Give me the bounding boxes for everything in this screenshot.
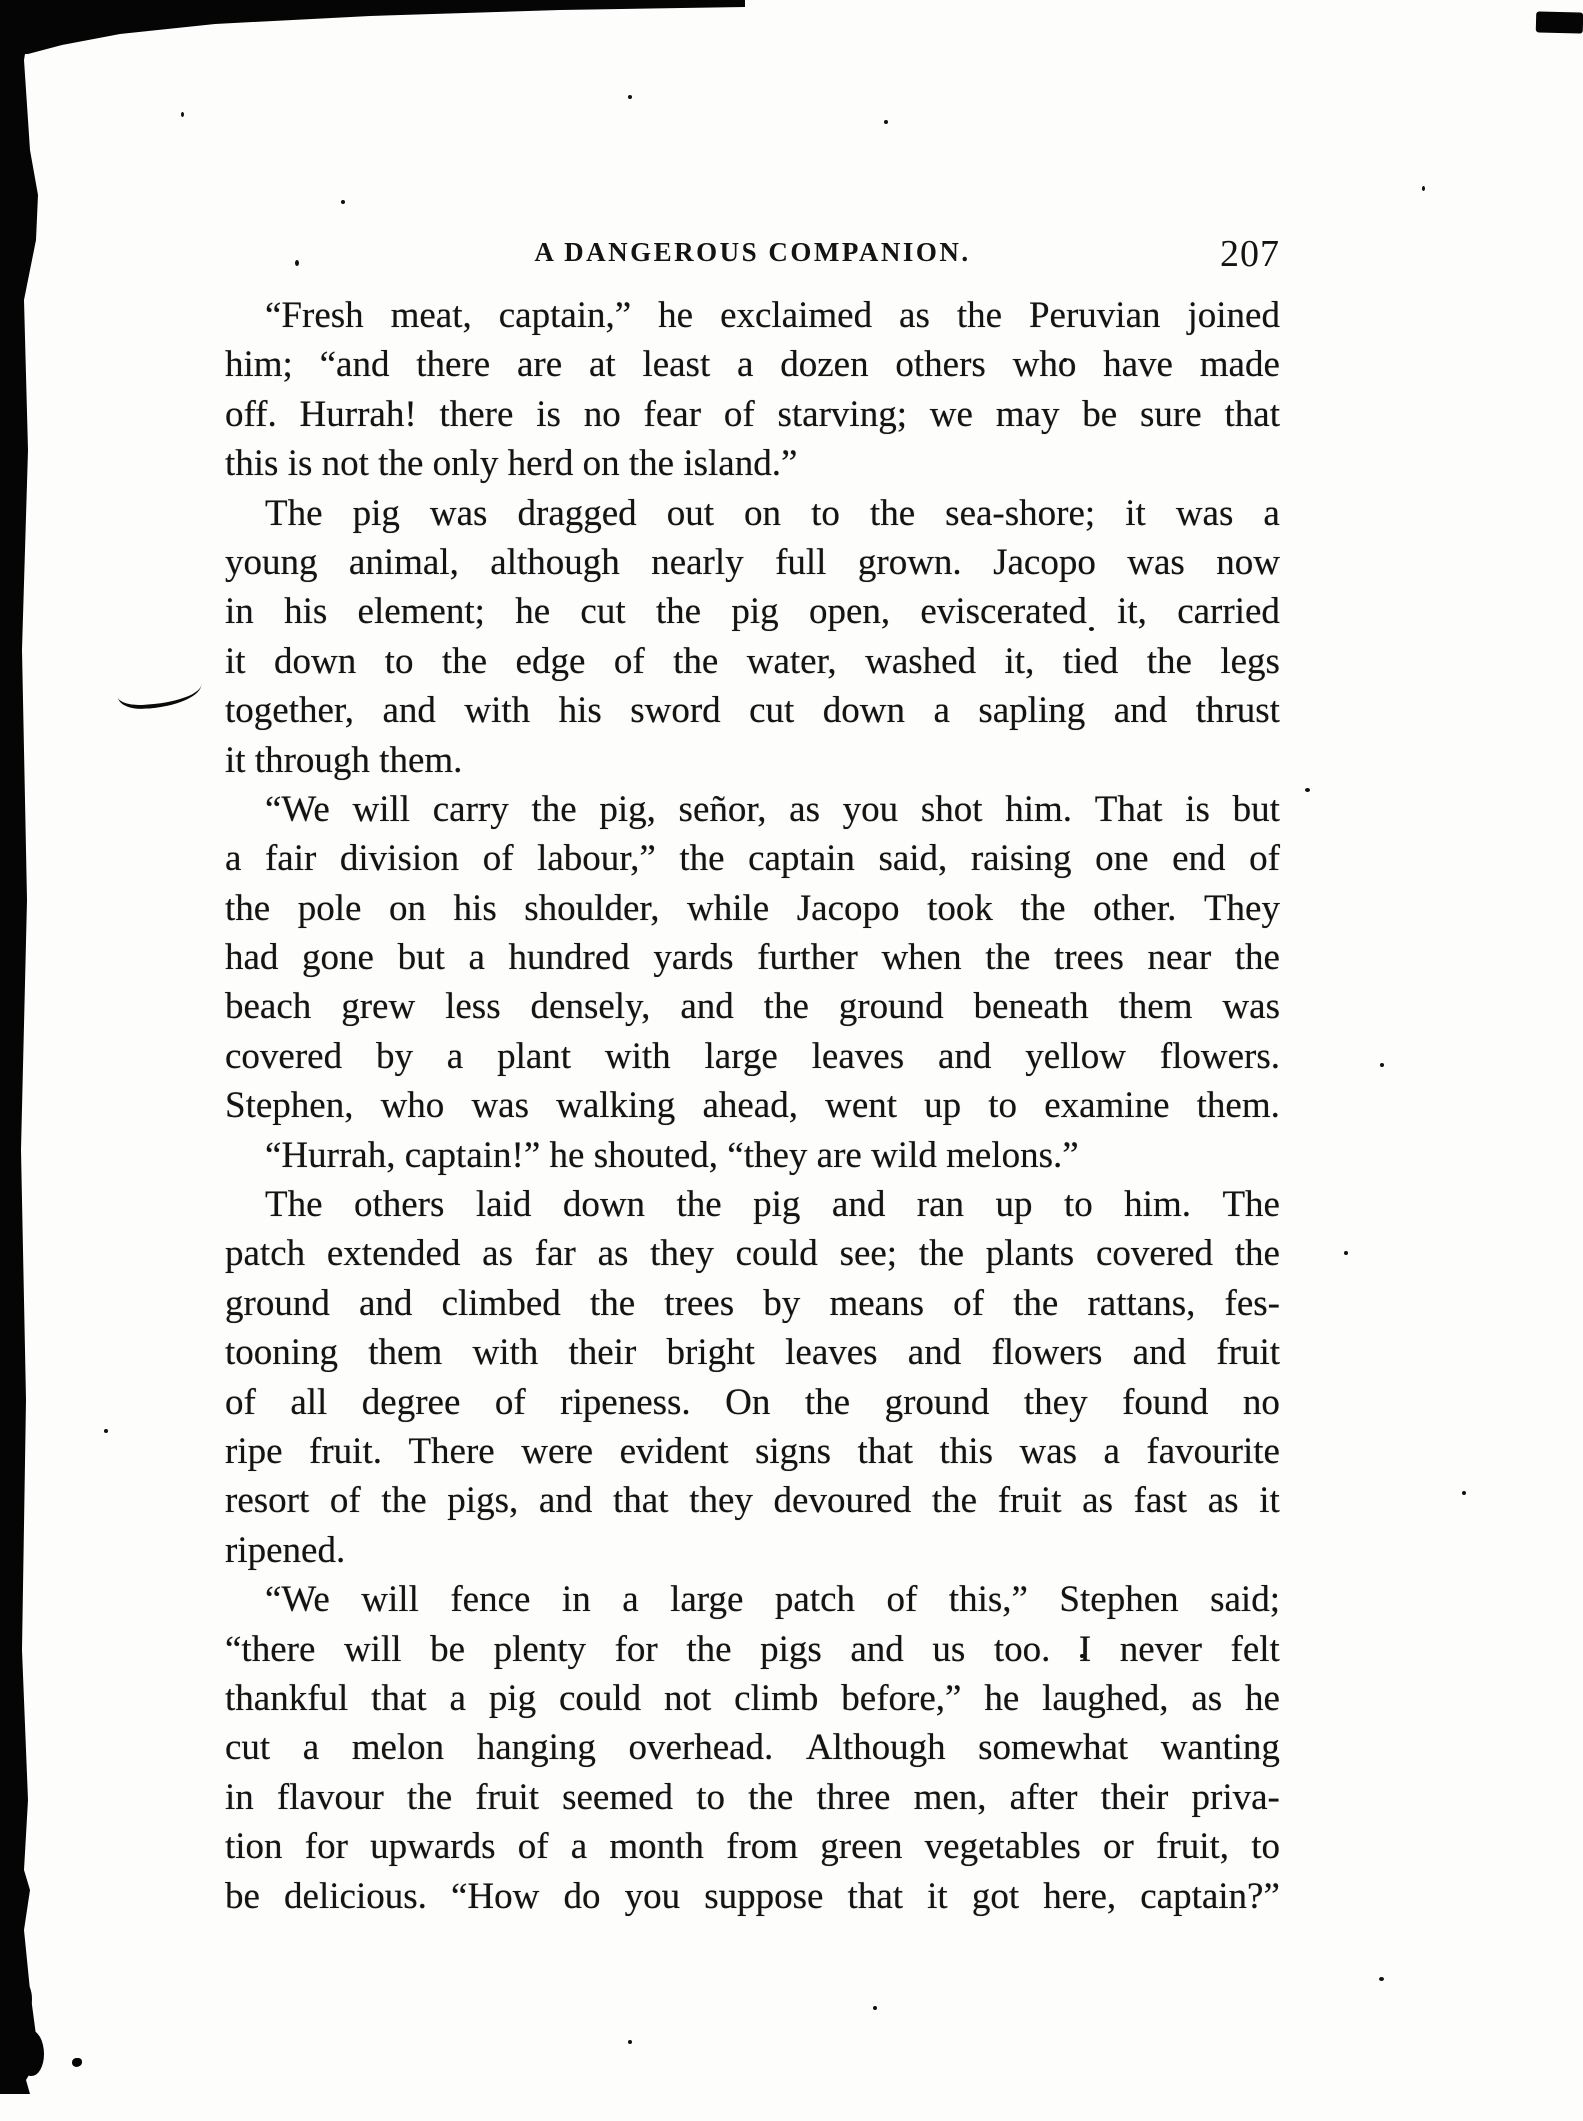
text-line: “Wewillcarrythepig,señor,asyoushothim.Th… [225, 785, 1280, 834]
body-text: “Freshmeat,captain,”heexclaimedasthePeru… [225, 291, 1280, 1921]
text-line: younganimal,althoughnearlyfullgrown.Jaco… [225, 538, 1280, 587]
text-line: “therewillbeplentyforthepigsandustoo.Ine… [225, 1625, 1280, 1674]
text-line: this is not the only herd on the island.… [225, 439, 1280, 488]
text-line: ofalldegreeofripeness.Onthegroundtheyfou… [225, 1378, 1280, 1427]
page-number: 207 [1220, 232, 1280, 276]
scan-stray-stroke [117, 684, 202, 710]
scan-speck [873, 2006, 877, 2010]
running-header: A DANGEROUS COMPANION. 207 [225, 232, 1280, 272]
text-line: groundandclimbedthetreesbymeansoftheratt… [225, 1279, 1280, 1328]
text-line: thepoleonhisshoulder,whileJacopotooktheo… [225, 884, 1280, 933]
scan-blotch [14, 1872, 26, 1894]
text-line: “Wewillfenceinalargepatchofthis,”Stephen… [225, 1575, 1280, 1624]
scan-speck [341, 200, 345, 204]
scan-speck [104, 1429, 108, 1433]
text-line: resortofthepigs,andthattheydevouredthefr… [225, 1476, 1280, 1525]
text-line: him;“andthereareatleastadozenotherswhoha… [225, 340, 1280, 389]
scan-speck [1380, 1063, 1384, 1067]
text-line: cutamelonhangingoverhead.Althoughsomewha… [225, 1723, 1280, 1772]
text-line: ripefruit.Therewereevidentsignsthatthisw… [225, 1427, 1280, 1476]
text-line: itdowntotheedgeofthewater,washedit,tiedt… [225, 637, 1280, 686]
text-line: it through them. [225, 736, 1280, 785]
text-line: Thepigwasdraggedoutontothesea-shore;itwa… [225, 489, 1280, 538]
text-line: tionforupwardsofamonthfromgreenvegetable… [225, 1822, 1280, 1871]
scan-speck [628, 95, 632, 99]
text-line: Stephen,whowaswalkingahead,wentuptoexami… [225, 1081, 1280, 1130]
book-page: A DANGEROUS COMPANION. 207 “Freshmeat,ca… [0, 0, 1583, 2121]
scan-mark-top-right [1536, 11, 1583, 33]
scan-edge-left [0, 0, 40, 2094]
text-line: inhiselement;hecutthepigopen,eviscerated… [225, 587, 1280, 636]
text-line: together,andwithhisswordcutdownasaplinga… [225, 686, 1280, 735]
scan-speck [1305, 788, 1310, 792]
text-line: patchextendedasfarastheycouldsee;theplan… [225, 1229, 1280, 1278]
text-line: “Freshmeat,captain,”heexclaimedasthePeru… [225, 291, 1280, 340]
scan-speck [1344, 1251, 1348, 1255]
scan-speck [884, 120, 888, 124]
scan-blotch [72, 2058, 82, 2067]
text-line: ripened. [225, 1526, 1280, 1575]
scan-speck [181, 112, 184, 117]
scan-edge-top [0, 0, 745, 54]
text-line: Theotherslaiddownthepigandranuptohim.The [225, 1180, 1280, 1229]
text-line: inflavourthefruitseemedtothethreemen,aft… [225, 1773, 1280, 1822]
running-header-title: A DANGEROUS COMPANION. [534, 237, 970, 268]
text-line: coveredbyaplantwithlargeleavesandyellowf… [225, 1032, 1280, 1081]
scan-speck [1462, 1491, 1466, 1495]
text-line: hadgonebutahundredyardsfurtherwhenthetre… [225, 933, 1280, 982]
text-line: off.Hurrah!thereisnofearofstarving;wemay… [225, 390, 1280, 439]
text-line: afairdivisionoflabour,”thecaptainsaid,ra… [225, 834, 1280, 883]
scan-speck [1422, 186, 1425, 191]
scan-blotch [18, 2030, 44, 2076]
text-line: tooningthemwiththeirbrightleavesandflowe… [225, 1328, 1280, 1377]
text-line: bedelicious.“Howdoyousupposethatitgother… [225, 1872, 1280, 1921]
text-line: “Hurrah, captain!” he shouted, “they are… [225, 1131, 1280, 1180]
scan-blotch [16, 1982, 32, 2016]
text-line: thankfulthatapigcouldnotclimbbefore,”hel… [225, 1674, 1280, 1723]
scan-speck [628, 2040, 632, 2044]
scan-speck [1379, 1977, 1384, 1981]
text-line: beachgrewlessdensely,andthegroundbeneath… [225, 982, 1280, 1031]
